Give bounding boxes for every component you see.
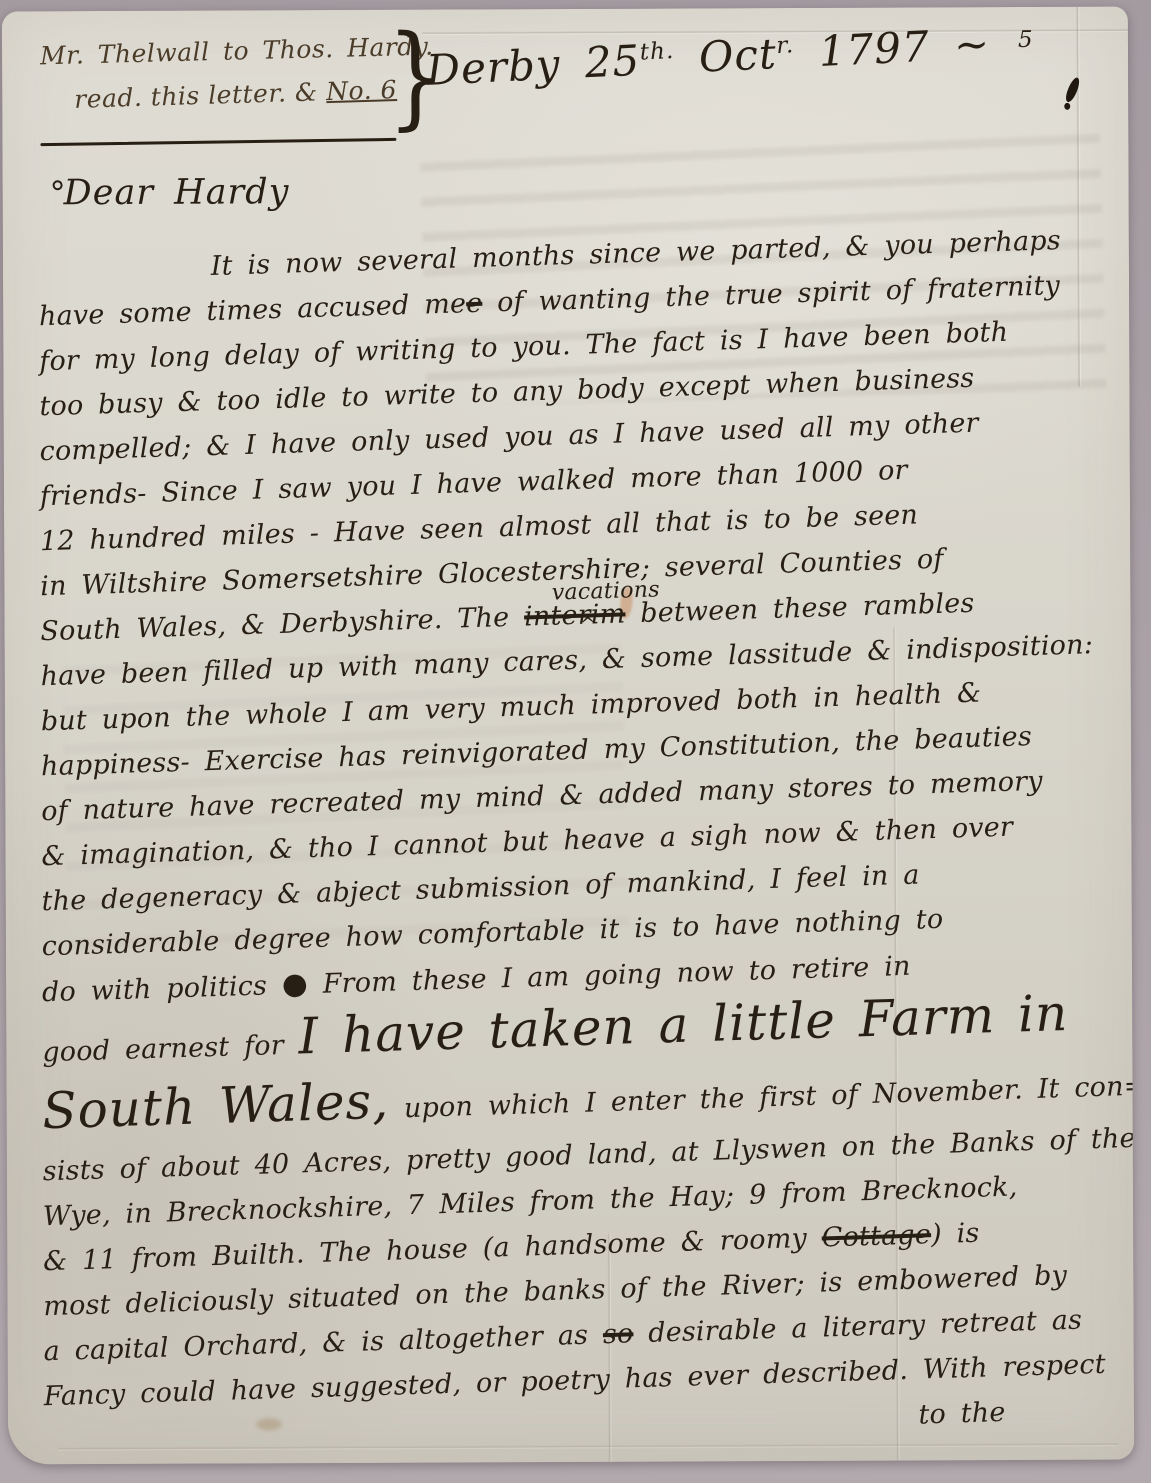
text-segment: Derby 25 (425, 36, 641, 95)
text-segment: do with politics (42, 970, 283, 1008)
archival-annotation: Mr. Thelwall to Thos. Hardy. read. this … (40, 36, 434, 110)
text-segment: have some times accused me (39, 288, 467, 332)
text-segment: to the (918, 1397, 1006, 1431)
annotation-sender-line: Mr. Thelwall to Thos. Hardy. (40, 31, 434, 70)
text-segment: upon which I enter the first of November… (389, 1071, 1134, 1125)
text-segment: Oct (673, 29, 777, 83)
text-segment: desirable a literary retreat as (633, 1305, 1083, 1350)
text-segment: r. (776, 32, 795, 59)
salutation: Dear Hardy (53, 172, 290, 213)
text-segment: between these rambles (625, 588, 975, 630)
text-segment: ) is (931, 1218, 980, 1250)
text-segment: 1797 ~ (793, 19, 991, 77)
scan-mat: { "page": { "page_number": "5", "colors"… (0, 0, 1151, 1483)
text-segment: South Wales, & Derbyshire. The (40, 602, 525, 648)
salutation-text: Dear Hardy (64, 172, 290, 213)
text-segment: th. (639, 38, 675, 66)
text-segment: ● (281, 966, 308, 1002)
ink-blot (1064, 103, 1070, 110)
text-segment: so (602, 1318, 633, 1350)
text-segment: Cottage (821, 1219, 931, 1253)
text-segment: South Wales, (41, 1072, 389, 1141)
annotation-note-line: read. this letter. & No. 6 (74, 74, 434, 114)
letter-page: Mr. Thelwall to Thos. Hardy. read. this … (2, 7, 1134, 1465)
text-segment: good earnest for (42, 1029, 299, 1068)
page-number: 5 (1018, 27, 1033, 53)
inserted-word: vacations (551, 567, 660, 615)
text-segment: e (466, 288, 483, 319)
letter-body: It is now several months since we parted… (39, 245, 1124, 1465)
annotation-note-text: read. this letter. & (74, 77, 327, 114)
flourish-circle-icon (53, 180, 63, 190)
annotation-underline-rule (40, 138, 396, 146)
inserted-word-wrap: vacationsinterim^ (523, 591, 626, 639)
